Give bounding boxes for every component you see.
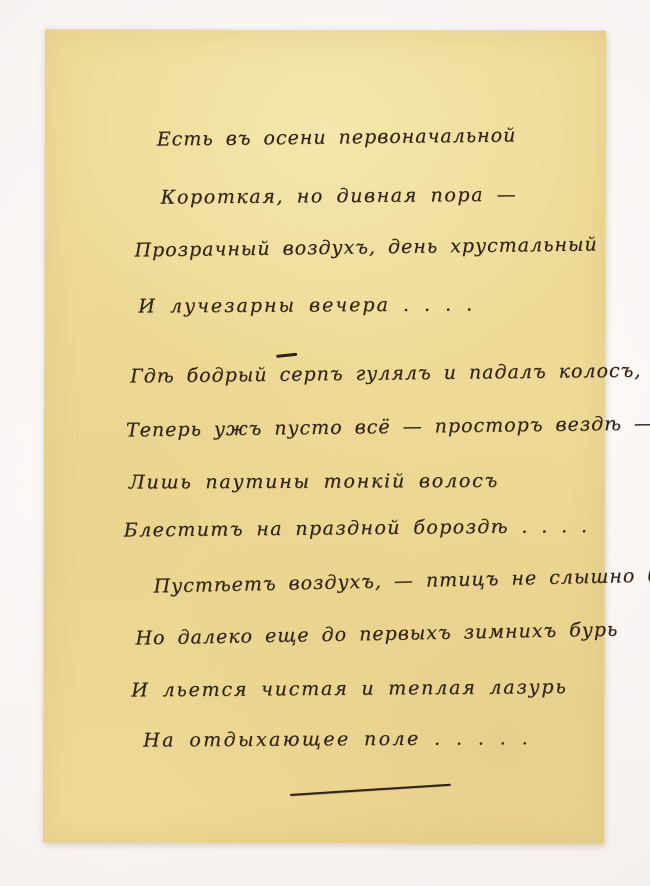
poem-line-6: Теперь ужъ пусто всё — просторъ вездѣ —: [126, 412, 650, 443]
end-flourish-line: [290, 784, 451, 797]
poem-line-11: И льется чистая и теплая лазурь: [131, 675, 567, 702]
stanza-separator-dash: [276, 353, 297, 358]
manuscript-photo: Есть въ осени первоначальной Короткая, н…: [0, 0, 650, 886]
poem-line-4: И лучезарны вечера . . . .: [138, 292, 474, 318]
poem-line-8: Блеститъ на праздной бороздѣ . . . .: [124, 514, 589, 542]
poem-line-9: Пустѣетъ воздухъ, — птицъ не слышно болѣ…: [153, 562, 650, 598]
poem-line-7: Лишь паутины тонкій волосъ: [129, 469, 499, 495]
poem-line-2: Короткая, но дивная пора —: [161, 183, 518, 210]
manuscript-page: Есть въ осени первоначальной Короткая, н…: [43, 29, 606, 843]
poem-line-12: На отдыхающее поле . . . . .: [143, 726, 530, 752]
poem-line-5: Гдѣ бодрый серпъ гулялъ и падалъ колосъ,: [130, 359, 641, 389]
poem-line-1: Есть въ осени первоначальной: [157, 123, 517, 151]
poem-line-10: Но далеко еще до первыхъ зимнихъ бурь: [135, 618, 618, 651]
poem-line-3: Прозрачный воздухъ, день хрустальный: [134, 232, 598, 262]
